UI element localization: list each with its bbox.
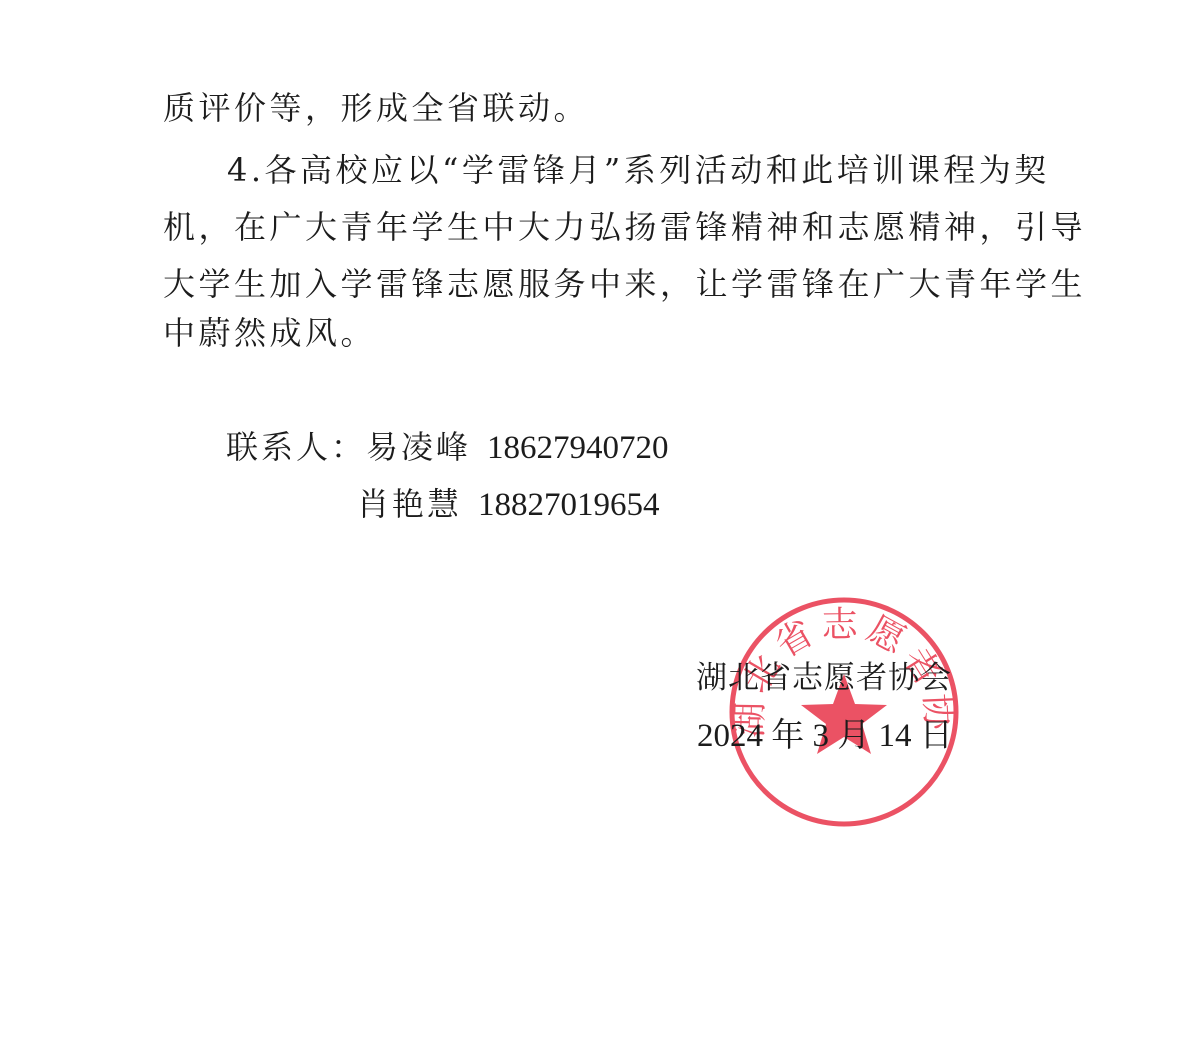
signature-organization: 湖北省志愿者协会 [696,658,952,698]
contact-name: 易凌峰 [366,428,471,466]
contact-row-1: 联系人：易凌峰18627940720 [226,427,669,468]
point4-line2: 机，在广大青年学生中大力弘扬雷锋精神和志愿精神，引导 [163,207,993,247]
contact-row-2: 肖艳慧18827019654 [357,484,660,525]
official-seal-icon: 湖北省志愿者协会 [726,594,962,830]
contact-phone: 18627940720 [487,430,669,466]
contact-name: 肖艳慧 [357,485,462,523]
paragraph-end-line: 质评价等，形成全省联动。 [163,88,589,128]
contact-label: 联系人： [226,428,366,466]
contact-phone: 18827019654 [478,487,660,523]
point4-line4: 中蔚然成风。 [163,313,376,353]
point4-line1: 4.各高校应以“学雷锋月”系列活动和此培训课程为契 [227,150,993,190]
signature-date: 2024 年 3 月 14 日 [697,716,953,756]
point4-line3: 大学生加入学雷锋志愿服务中来，让学雷锋在广大青年学生 [163,264,993,304]
